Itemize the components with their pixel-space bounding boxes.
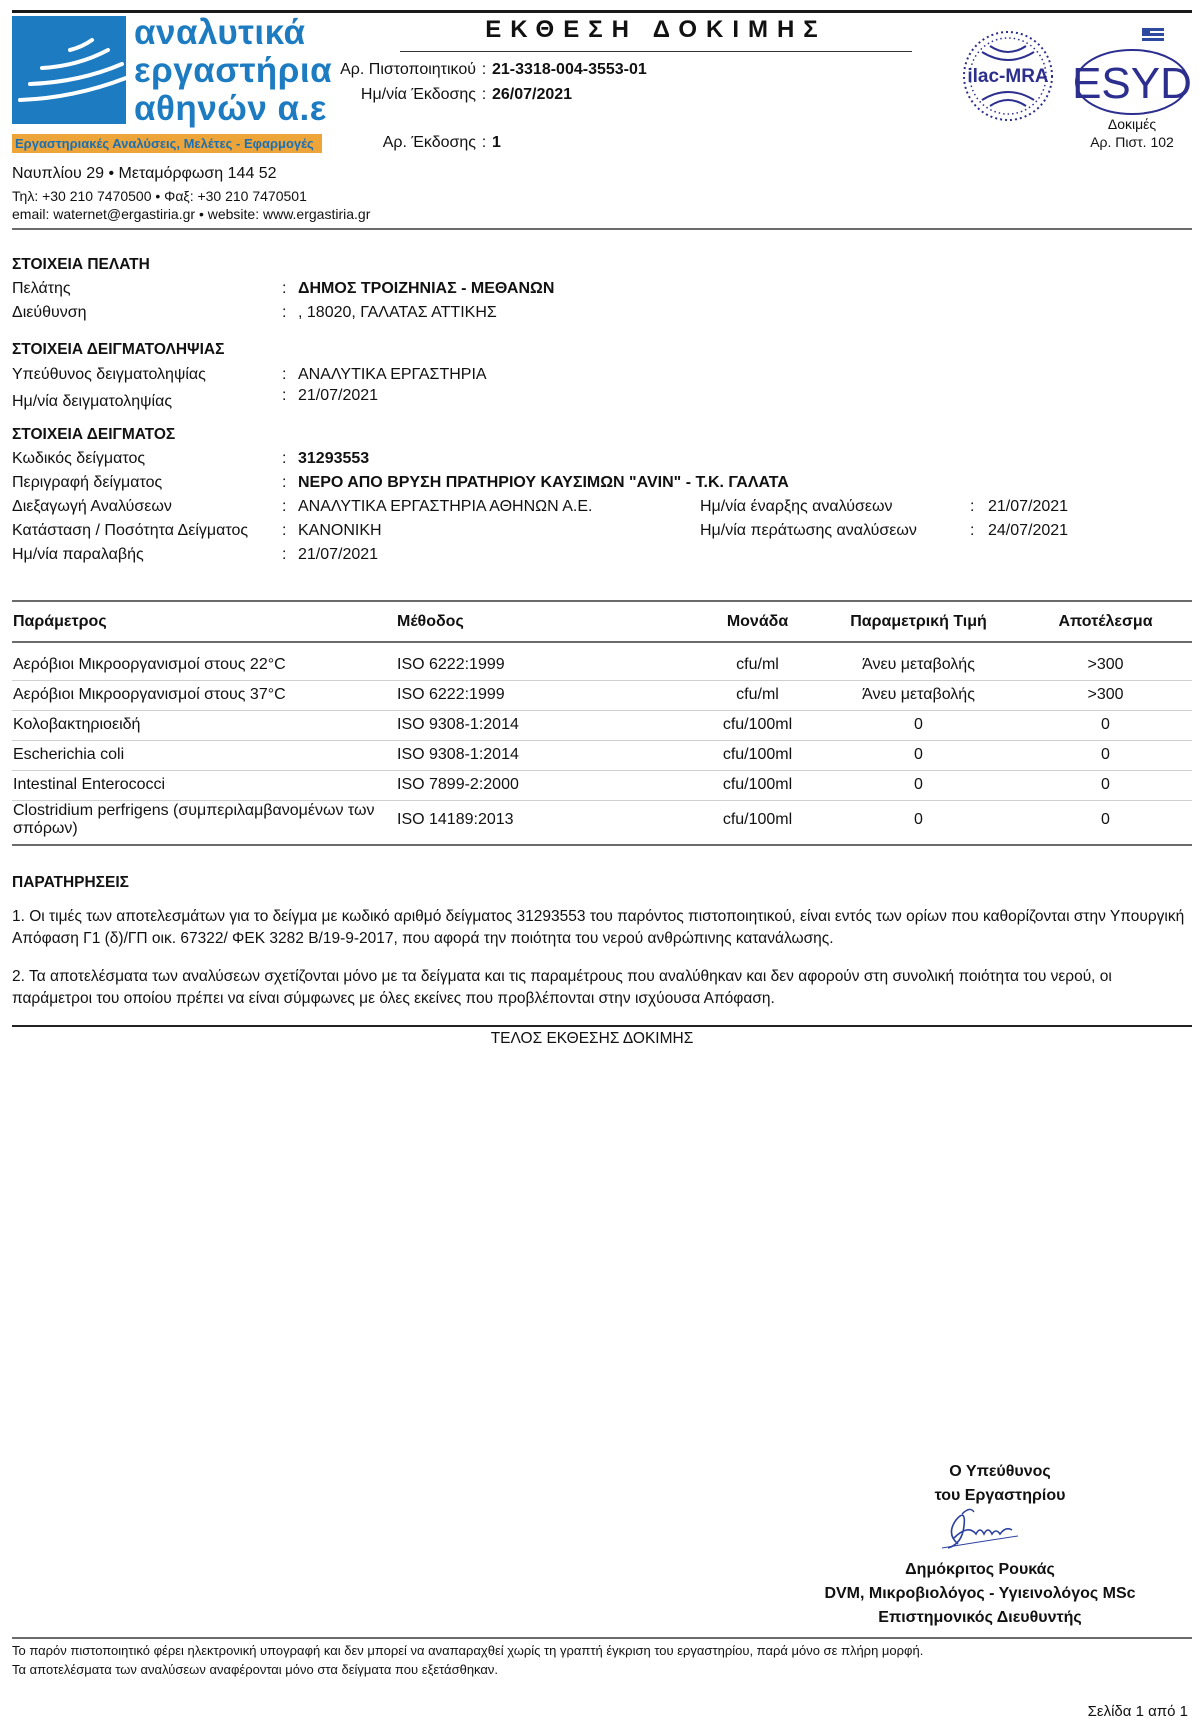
table-row: Escherichia coliISO 9308-1:2014cfu/100ml… — [12, 740, 1192, 770]
field-label: Κατάσταση / Ποσότητα Δείγματος — [12, 522, 282, 540]
remark-1: 1. Οι τιμές των αποτελεσμάτων για το δεί… — [12, 906, 1192, 950]
cell-limit: 0 — [818, 770, 1018, 800]
sampling-heading: ΣΤΟΙΧΕΙΑ ΔΕΙΓΜΑΤΟΛΗΨΙΑΣ — [12, 341, 224, 359]
cell-parameter: Intestinal Enterococci — [12, 770, 396, 800]
cell-result: >300 — [1018, 680, 1192, 710]
sample-code-row: Κωδικός δείγματος:31293553 — [12, 450, 369, 468]
sample-description-row: Περιγραφή δείγματος:ΝΕΡΟ ΑΠΟ ΒΡΥΣΗ ΠΡΑΤΗ… — [12, 474, 789, 492]
receipt-date: 21/07/2021 — [298, 546, 378, 563]
sampler-row: Υπεύθυνος δειγματοληψίας:ΑΝΑΛΥΤΙΚΑ ΕΡΓΑΣ… — [12, 366, 487, 384]
signatory-credentials: DVM, Μικροβιολόγος - Υγιεινολόγος MSc — [760, 1582, 1200, 1606]
analysis-start-row: Ημ/νία έναρξης αναλύσεων:21/07/2021 — [700, 498, 1068, 516]
analysis-start-date: 21/07/2021 — [988, 498, 1068, 515]
esyd-logo-icon: ESYD — [1072, 26, 1192, 118]
svg-text:ESYD: ESYD — [1072, 59, 1192, 108]
cell-unit: cfu/ml — [696, 642, 818, 680]
footer-rule — [12, 1637, 1192, 1639]
cell-unit: cfu/100ml — [696, 710, 818, 740]
cell-parameter: Clostridium perfrigens (συμπεριλαμβανομέ… — [12, 800, 396, 840]
analysis-end-row: Ημ/νία περάτωσης αναλύσεων:24/07/2021 — [700, 522, 1068, 540]
field-label: Ημ/νία περάτωσης αναλύσεων — [700, 522, 970, 540]
signatory-title-line-1: Ο Υπεύθυνος — [800, 1460, 1200, 1484]
issue-number: 1 — [492, 134, 501, 151]
client-heading: ΣΤΟΙΧΕΙΑ ΠΕΛΑΤΗ — [12, 256, 150, 274]
signatory-details: Δημόκριτος Ρουκάς DVM, Μικροβιολόγος - Υ… — [760, 1558, 1200, 1630]
column-header-limit: Παραμετρική Τιμή — [818, 602, 1018, 642]
client-name: ΔΗΜΟΣ ΤΡΟΙΖΗΝΙΑΣ - ΜΕΘΑΝΩΝ — [298, 280, 554, 297]
issue-date: 26/07/2021 — [492, 86, 572, 103]
cell-limit: Άνευ μεταβολής — [818, 642, 1018, 680]
cell-parameter: Αερόβιοι Μικροοργανισμοί στους 22°C — [12, 642, 396, 680]
cell-unit: cfu/100ml — [696, 770, 818, 800]
cell-method: ISO 6222:1999 — [396, 680, 696, 710]
cell-method: ISO 9308-1:2014 — [396, 740, 696, 770]
accreditation-scope: Δοκιμές — [1080, 115, 1184, 133]
issue-number-label: Αρ. Έκδοσης — [262, 134, 476, 152]
issue-date-row: Ημ/νία Έκδοσης:26/07/2021 — [262, 86, 572, 104]
sample-description: ΝΕΡΟ ΑΠΟ ΒΡΥΣΗ ΠΡΑΤΗΡΙΟΥ ΚΑΥΣΙΜΩΝ "AVIN"… — [298, 474, 789, 491]
signatory-title: Ο Υπεύθυνος του Εργαστηρίου — [800, 1460, 1200, 1508]
field-label: Κωδικός δείγματος — [12, 450, 282, 468]
lab-email-web: email: waternet@ergastiria.gr • website:… — [12, 206, 370, 222]
svg-text:ilac-MRA: ilac-MRA — [967, 66, 1049, 87]
accreditation-number: Αρ. Πιστ. 102 — [1080, 133, 1184, 151]
cell-result: 0 — [1018, 710, 1192, 740]
client-address-row: Διεύθυνση:, 18020, ΓΑΛΑΤΑΣ ΑΤΤΙΚΗΣ — [12, 304, 497, 322]
field-label: Διεύθυνση — [12, 304, 282, 322]
sample-code: 31293553 — [298, 450, 369, 467]
cell-result: 0 — [1018, 740, 1192, 770]
analysis-lab-row: Διεξαγωγή Αναλύσεων:ΑΝΑΛΥΤΙΚΑ ΕΡΓΑΣΤΗΡΙΑ… — [12, 498, 592, 516]
cell-limit: 0 — [818, 800, 1018, 840]
table-row: Αερόβιοι Μικροοργανισμοί στους 37°CISO 6… — [12, 680, 1192, 710]
table-bottom-rule — [12, 844, 1192, 846]
signature-icon — [928, 1504, 1028, 1552]
remark-2: 2. Τα αποτελέσματα των αναλύσεων σχετίζο… — [12, 966, 1192, 1010]
column-header-method: Μέθοδος — [396, 602, 696, 642]
accreditation-caption: Δοκιμές Αρ. Πιστ. 102 — [1080, 115, 1184, 151]
cell-method: ISO 14189:2013 — [396, 800, 696, 840]
cell-result: >300 — [1018, 642, 1192, 680]
title-rule — [400, 51, 912, 52]
field-label: Ημ/νία παραλαβής — [12, 546, 282, 564]
end-rule — [12, 1025, 1192, 1027]
field-label: Διεξαγωγή Αναλύσεων — [12, 498, 282, 516]
column-header-unit: Μονάδα — [696, 602, 818, 642]
lab-address: Ναυπλίου 29 • Μεταμόρφωση 144 52 — [12, 165, 277, 183]
end-of-report: ΤΕΛΟΣ ΕΚΘΕΣΗΣ ΔΟΚΙΜΗΣ — [12, 1030, 1192, 1048]
footer-disclaimer-2: Τα αποτελέσματα των αναλύσεων αναφέροντα… — [12, 1662, 498, 1677]
page-number: Σελίδα 1 από 1 — [1000, 1703, 1188, 1720]
sampler-value: ΑΝΑΛΥΤΙΚΑ ΕΡΓΑΣΤΗΡΙΑ — [298, 366, 487, 383]
sampling-date: 21/07/2021 — [298, 387, 378, 404]
lab-phone-fax: Τηλ: +30 210 7470500 • Φαξ: +30 210 7470… — [12, 188, 307, 204]
cell-result: 0 — [1018, 770, 1192, 800]
analysis-lab: ΑΝΑΛΥΤΙΚΑ ΕΡΓΑΣΤΗΡΙΑ ΑΘΗΝΩΝ Α.Ε. — [298, 498, 592, 515]
issue-date-label: Ημ/νία Έκδοσης — [262, 86, 476, 104]
sample-condition: ΚΑΝΟΝΙΚΗ — [298, 522, 382, 539]
cell-limit: 0 — [818, 710, 1018, 740]
certificate-number: 21-3318-004-3553-01 — [492, 61, 647, 78]
logo-line-1: αναλυτικά — [134, 14, 332, 52]
column-header-parameter: Παράμετρος — [12, 602, 396, 642]
signatory-role: Επιστημονικός Διευθυντής — [760, 1606, 1200, 1630]
field-label: Περιγραφή δείγματος — [12, 474, 282, 492]
lab-logo-icon — [12, 16, 126, 124]
report-title: ΕΚΘΕΣΗ ΔΟΚΙΜΗΣ — [400, 16, 912, 44]
results-table: Παράμετρος Μέθοδος Μονάδα Παραμετρική Τι… — [12, 602, 1192, 840]
cell-result: 0 — [1018, 800, 1192, 840]
field-label: Ημ/νία δειγματοληψίας — [12, 393, 282, 411]
table-row: Αερόβιοι Μικροοργανισμοί στους 22°CISO 6… — [12, 642, 1192, 680]
cell-parameter: Αερόβιοι Μικροοργανισμοί στους 37°C — [12, 680, 396, 710]
table-row: Intestinal EnterococciISO 7899-2:2000cfu… — [12, 770, 1192, 800]
table-header-row: Παράμετρος Μέθοδος Μονάδα Παραμετρική Τι… — [12, 602, 1192, 642]
client-address: , 18020, ΓΑΛΑΤΑΣ ΑΤΤΙΚΗΣ — [298, 304, 497, 321]
cell-method: ISO 7899-2:2000 — [396, 770, 696, 800]
cell-limit: 0 — [818, 740, 1018, 770]
footer-disclaimer-1: Το παρόν πιστοποιητικό φέρει ηλεκτρονική… — [12, 1643, 923, 1658]
header-divider — [12, 228, 1192, 230]
cell-parameter: Escherichia coli — [12, 740, 396, 770]
cell-unit: cfu/ml — [696, 680, 818, 710]
issue-number-row: Αρ. Έκδοσης:1 — [262, 134, 501, 152]
cell-limit: Άνευ μεταβολής — [818, 680, 1018, 710]
cell-method: ISO 6222:1999 — [396, 642, 696, 680]
ilac-mra-logo-icon: ilac-MRA — [958, 30, 1058, 122]
analysis-end-date: 24/07/2021 — [988, 522, 1068, 539]
field-label: Πελάτης — [12, 280, 282, 298]
field-label: Ημ/νία έναρξης αναλύσεων — [700, 498, 970, 516]
sample-heading: ΣΤΟΙΧΕΙΑ ΔΕΙΓΜΑΤΟΣ — [12, 426, 175, 444]
table-row: ΚολοβακτηριοειδήISO 9308-1:2014cfu/100ml… — [12, 710, 1192, 740]
certificate-label: Αρ. Πιστοποιητικού — [262, 61, 476, 79]
cell-method: ISO 9308-1:2014 — [396, 710, 696, 740]
field-label: Υπεύθυνος δειγματοληψίας — [12, 366, 282, 384]
signatory-name: Δημόκριτος Ρουκάς — [760, 1558, 1200, 1582]
cell-unit: cfu/100ml — [696, 800, 818, 840]
sample-condition-row: Κατάσταση / Ποσότητα Δείγματος:ΚΑΝΟΝΙΚΗ — [12, 522, 382, 540]
table-row: Clostridium perfrigens (συμπεριλαμβανομέ… — [12, 800, 1192, 840]
cell-parameter: Κολοβακτηριοειδή — [12, 710, 396, 740]
sampling-date-row: Ημ/νία δειγματοληψίας:21/07/2021 — [12, 390, 378, 408]
certificate-number-row: Αρ. Πιστοποιητικού:21-3318-004-3553-01 — [262, 61, 647, 79]
receipt-date-row: Ημ/νία παραλαβής:21/07/2021 — [12, 546, 378, 564]
remarks-heading: ΠΑΡΑΤΗΡΗΣΕΙΣ — [12, 874, 129, 892]
cell-unit: cfu/100ml — [696, 740, 818, 770]
client-name-row: Πελάτης:ΔΗΜΟΣ ΤΡΟΙΖΗΝΙΑΣ - ΜΕΘΑΝΩΝ — [12, 280, 554, 298]
column-header-result: Αποτέλεσμα — [1018, 602, 1192, 642]
